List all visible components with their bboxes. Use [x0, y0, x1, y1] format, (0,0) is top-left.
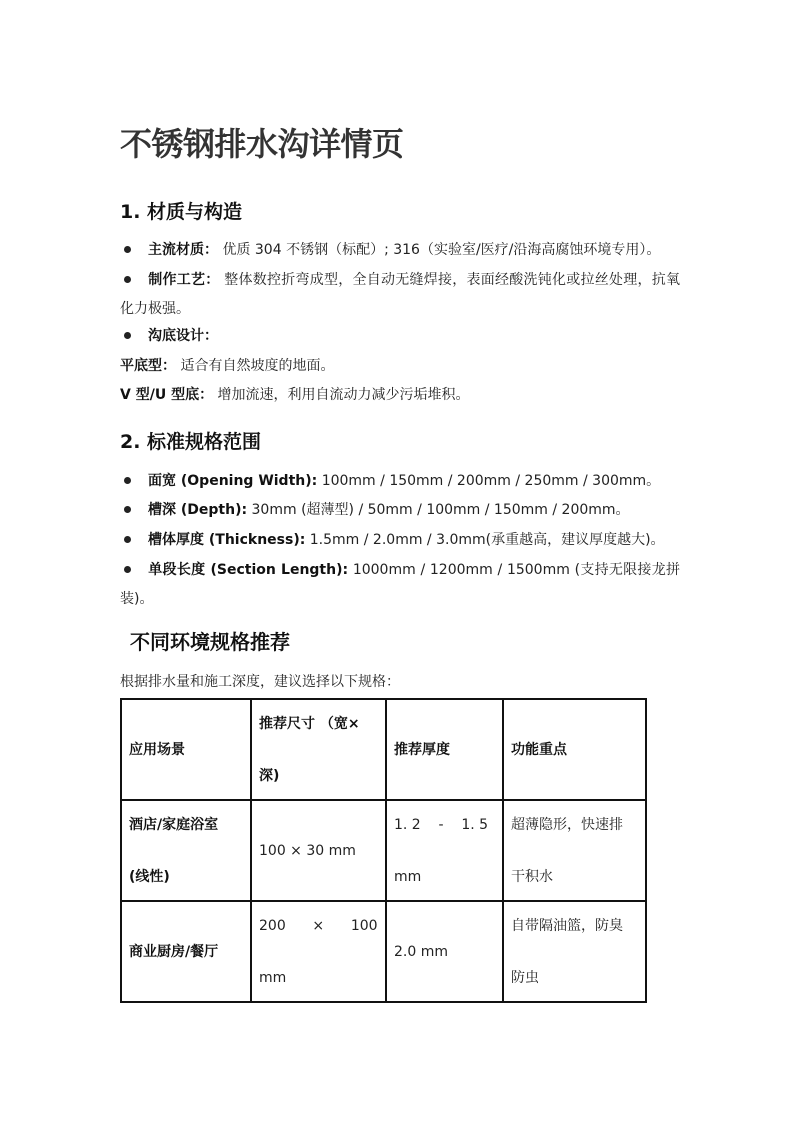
sub-item-flat-bottom: 平底型： 适合有自然坡度的地面。 — [120, 352, 680, 381]
bullet-icon — [124, 246, 131, 253]
bullet-icon — [124, 506, 131, 513]
item-label: 槽体厚度 (Thickness): — [148, 532, 305, 548]
item-text: 30mm (超薄型) / 50mm / 100mm / 150mm / 200m… — [247, 502, 629, 518]
cell-size: 200 × 100mm — [251, 901, 386, 1002]
item-text: 增加流速，利用自流动力减少污垢堆积。 — [213, 387, 469, 403]
item-label: 主流材质： — [148, 242, 218, 258]
section-2-heading: 2. 标准规格范围 — [120, 427, 261, 454]
cell-scene: 酒店/家庭浴室(线性) — [121, 800, 251, 901]
cell-scene: 商业厨房/餐厅 — [121, 901, 251, 1002]
item-label: 沟底设计： — [148, 328, 218, 344]
cell-feature: 超薄隐形，快速排干积水 — [503, 800, 646, 901]
list-item-thickness: 槽体厚度 (Thickness): 1.5mm / 2.0mm / 3.0mm(… — [120, 526, 680, 555]
cell-thickness: 1. 2 - 1. 5mm — [386, 800, 503, 901]
bullet-icon — [124, 276, 131, 283]
list-item-depth: 槽深 (Depth): 30mm (超薄型) / 50mm / 100mm / … — [120, 496, 680, 525]
list-item-material: 主流材质： 优质 304 不锈钢（标配）; 316（实验室/医疗/沿海高腐蚀环境… — [120, 236, 680, 265]
table-intro: 根据排水量和施工深度，建议选择以下规格： — [120, 668, 680, 697]
list-item-bottom-design: 沟底设计： — [120, 322, 680, 351]
section-1-heading: 1. 材质与构造 — [120, 197, 242, 224]
item-label: 槽深 (Depth): — [148, 502, 247, 518]
bullet-icon — [124, 536, 131, 543]
header-cell-scene: 应用场景 — [121, 699, 251, 800]
item-label: V 型/U 型底： — [120, 387, 213, 403]
header-cell-thickness: 推荐厚度 — [386, 699, 503, 800]
list-item-section-length: 单段长度 (Section Length): 1000mm / 1200mm /… — [120, 556, 680, 614]
table-row: 商业厨房/餐厅 200 × 100mm 2.0 mm 自带隔油篮，防臭防虫 — [121, 901, 646, 1002]
sub-item-v-u-bottom: V 型/U 型底： 增加流速，利用自流动力减少污垢堆积。 — [120, 381, 680, 410]
cell-thickness: 2.0 mm — [386, 901, 503, 1002]
spec-recommendation-table: 应用场景 推荐尺寸 （宽×深) 推荐厚度 功能重点 酒店/家庭浴室(线性) 10… — [120, 698, 647, 1003]
item-text: 1.5mm / 2.0mm / 3.0mm(承重越高，建议厚度越大)。 — [305, 532, 664, 548]
bullet-icon — [124, 566, 131, 573]
bullet-icon — [124, 332, 131, 339]
item-text: 适合有自然坡度的地面。 — [176, 358, 334, 374]
header-cell-size: 推荐尺寸 （宽×深) — [251, 699, 386, 800]
item-text: 优质 304 不锈钢（标配）; 316（实验室/医疗/沿海高腐蚀环境专用）。 — [218, 242, 660, 258]
item-label: 面宽 (Opening Width): — [148, 473, 317, 489]
page-title: 不锈钢排水沟详情页 — [120, 119, 404, 165]
bullet-icon — [124, 477, 131, 484]
list-item-opening-width: 面宽 (Opening Width): 100mm / 150mm / 200m… — [120, 467, 680, 496]
item-label: 制作工艺： — [148, 272, 220, 288]
section-3-heading: 不同环境规格推荐 — [130, 626, 290, 655]
header-cell-feature: 功能重点 — [503, 699, 646, 800]
list-item-process: 制作工艺： 整体数控折弯成型，全自动无缝焊接，表面经酸洗钝化或拉丝处理，抗氧化力… — [120, 266, 680, 324]
table-header-row: 应用场景 推荐尺寸 （宽×深) 推荐厚度 功能重点 — [121, 699, 646, 800]
item-text: 100mm / 150mm / 200mm / 250mm / 300mm。 — [317, 473, 660, 489]
item-label: 平底型： — [120, 358, 176, 374]
cell-size: 100 × 30 mm — [251, 800, 386, 901]
table-row: 酒店/家庭浴室(线性) 100 × 30 mm 1. 2 - 1. 5mm 超薄… — [121, 800, 646, 901]
cell-feature: 自带隔油篮，防臭防虫 — [503, 901, 646, 1002]
item-label: 单段长度 (Section Length): — [148, 562, 348, 578]
